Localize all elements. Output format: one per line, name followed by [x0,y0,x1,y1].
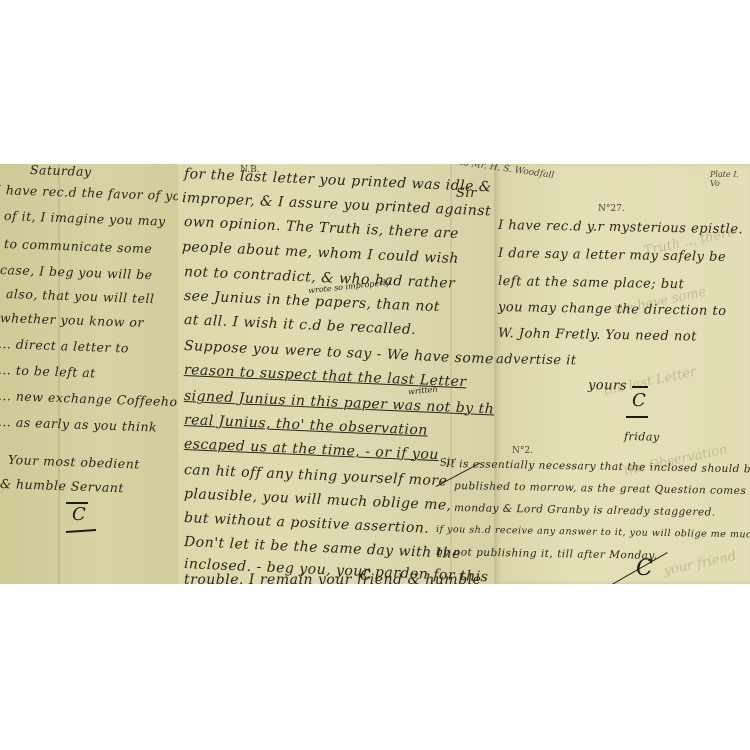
letter-line: published to morrow, as the great Questi… [454,480,750,497]
signature-dash [632,386,648,388]
letter-facsimile-photo: Saturday I have rec.d the favor of yours… [0,164,750,584]
letter-day: friday [624,430,660,444]
letter-line: I dare say a letter may safely be [498,246,726,265]
letter-line: whether you know or [0,310,144,330]
letter-line: of it, I imagine you may [4,208,166,229]
letter-line: ... as early as you think [0,414,157,435]
letter-closing: & humble Servant [0,476,124,495]
letter-line-underlined: escaped us at the time, - or if you [184,436,440,463]
middle-page: N.B. for the last letter you printed was… [178,164,494,584]
left-page: Saturday I have rec.d the favor of yours… [0,164,178,584]
letter-line: but without a positive assertion. [184,510,430,537]
letter-number: N°2. [512,446,533,456]
bleed-through-text: your friend [662,549,737,579]
letter-line: people about me, whom I could wish [182,239,460,267]
letter-line: monday & Lord Granby is already staggere… [454,502,716,519]
letter-line: to communicate some [4,236,153,256]
letter-line: own opinion. The Truth is, there are [184,214,459,242]
letter-number: N°27. [598,204,625,214]
letter-line: plausible, you will much oblige me, [184,486,452,514]
letter-closing: Servant [298,580,350,584]
signature: C [632,390,646,411]
letter-line: can hit off any thing yourself more [184,462,448,489]
letter-line: I have rec.d y.r mysterious epistle. [498,218,743,237]
letter-line: also, that you will tell [6,286,155,306]
letter-line: ... to be left at [0,362,96,380]
letter-line: you may change the direction to [498,300,727,319]
letter-line: for the last letter you printed was idle… [184,166,492,195]
right-page: Truth ... there We have some the last Le… [494,164,750,584]
plate-label: Plate I. Vo [710,170,750,188]
letter-line: ... new exchange Coffeehouse [0,388,201,410]
signature-dash [626,416,648,418]
letter-line: ... direct a letter to [0,336,129,356]
signature: C [360,568,371,584]
signature: C [72,504,86,525]
letter-line: left at the same place; but [498,274,684,292]
letter-closing: Your most obedient [8,452,140,472]
signature-dash [66,529,96,533]
letter-line: at all. I wish it c.d be recalled. [184,312,417,338]
letter-line-underlined: real Junius, tho' the observation [184,412,429,439]
letter-closing: yours [588,378,627,394]
letter-line: I have rec.d the favor of yours [0,182,203,204]
letter-line: case, I beg you will be [0,262,153,282]
letter-line: advertise it [496,352,577,368]
signature: C [636,556,653,581]
interlinear-insert: written [408,384,438,396]
salutation: Sir [456,186,477,201]
letter-line: W. John Fretly. You need not [498,326,697,344]
letter-line: Saturday [30,164,92,179]
